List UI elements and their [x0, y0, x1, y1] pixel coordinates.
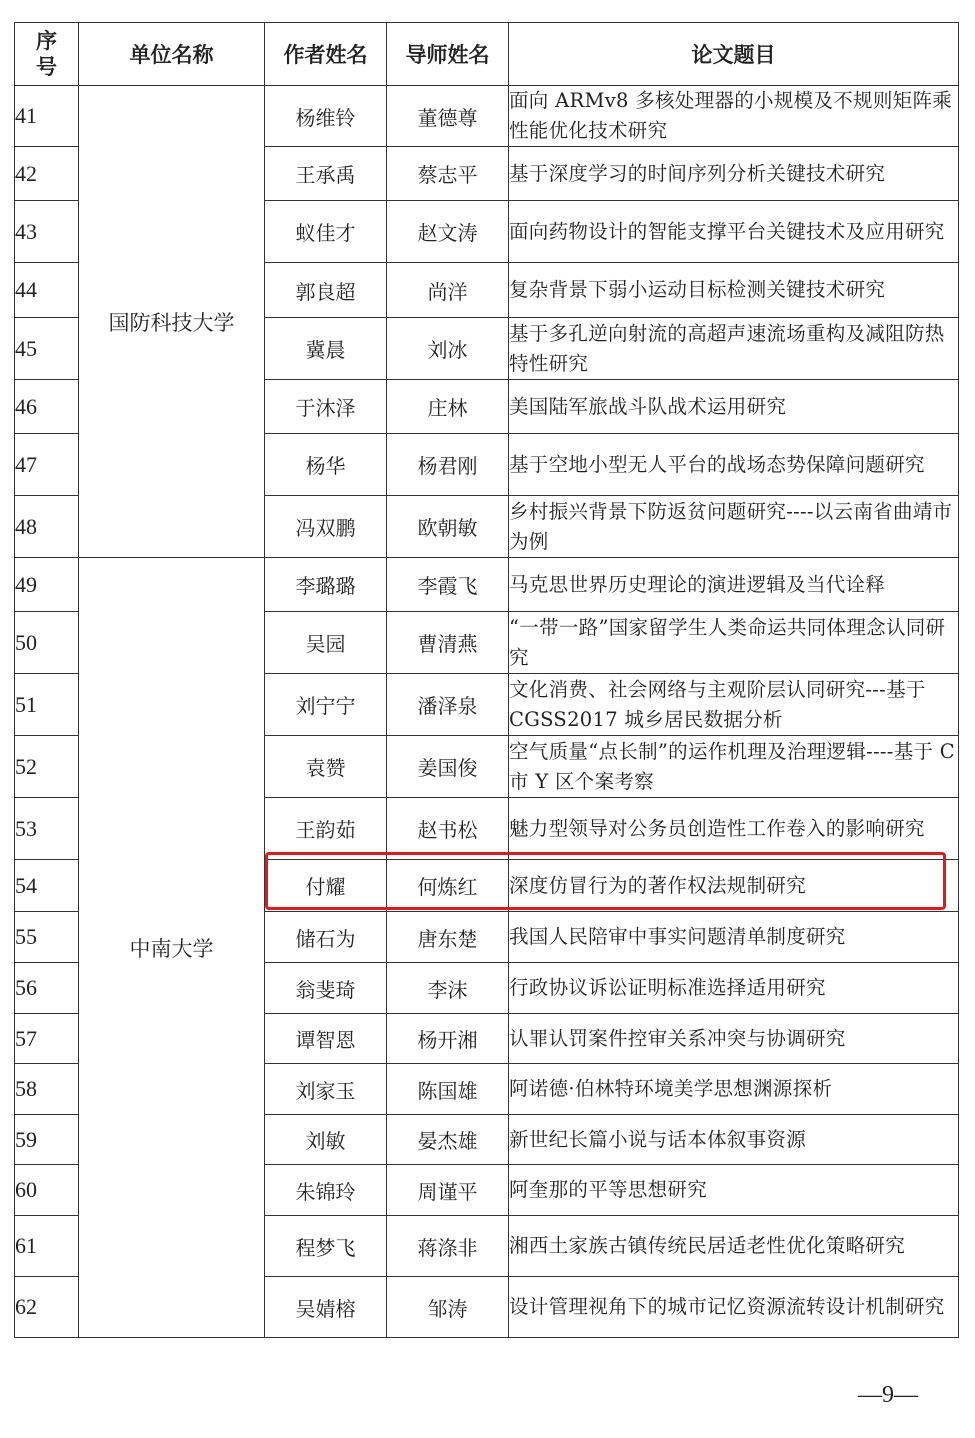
thesis-title: 乡村振兴背景下防返贫问题研究----以云南省曲靖市为例	[509, 496, 959, 558]
thesis-title: 认罪认罚案件控审关系冲突与协调研究	[509, 1014, 959, 1064]
advisor-name: 邹涛	[387, 1277, 509, 1338]
author-name: 朱锦玲	[265, 1165, 387, 1216]
row-seq: 41	[15, 86, 79, 147]
advisor-name: 唐东楚	[387, 912, 509, 963]
thesis-title: 阿奎那的平等思想研究	[509, 1165, 959, 1216]
row-seq: 57	[15, 1014, 79, 1064]
thesis-title: “一带一路”国家留学生人类命运共同体理念认同研究	[509, 612, 959, 674]
advisor-name: 李沫	[387, 963, 509, 1014]
thesis-title: 复杂背景下弱小运动目标检测关键技术研究	[509, 263, 959, 318]
thesis-title: 湘西土家族古镇传统民居适老性优化策略研究	[509, 1216, 959, 1277]
row-seq: 55	[15, 912, 79, 963]
advisor-name: 曹清燕	[387, 612, 509, 674]
advisor-name: 蔡志平	[387, 147, 509, 201]
advisor-name: 赵文涛	[387, 201, 509, 263]
thesis-title: 行政协议诉讼证明标准选择适用研究	[509, 963, 959, 1014]
row-seq: 50	[15, 612, 79, 674]
author-name: 刘宁宁	[265, 674, 387, 736]
advisor-name: 庄林	[387, 380, 509, 434]
advisor-name: 蒋涤非	[387, 1216, 509, 1277]
unit-name: 中南大学	[79, 558, 265, 1338]
advisor-name: 董德尊	[387, 86, 509, 147]
author-name: 程梦飞	[265, 1216, 387, 1277]
row-seq: 48	[15, 496, 79, 558]
thesis-title: 设计管理视角下的城市记忆资源流转设计机制研究	[509, 1277, 959, 1338]
thesis-title: 空气质量“点长制”的运作机理及治理逻辑----基于 C 市 Y 区个案考察	[509, 736, 959, 798]
advisor-name: 潘泽泉	[387, 674, 509, 736]
thesis-title: 魅力型领导对公务员创造性工作卷入的影响研究	[509, 798, 959, 860]
thesis-title: 深度仿冒行为的著作权法规制研究	[509, 860, 959, 912]
advisor-name: 何炼红	[387, 860, 509, 912]
advisor-name: 赵书松	[387, 798, 509, 860]
header-advisor: 导师姓名	[387, 23, 509, 86]
author-name: 冯双鹏	[265, 496, 387, 558]
row-seq: 45	[15, 318, 79, 380]
author-name: 王承禹	[265, 147, 387, 201]
author-name: 冀晨	[265, 318, 387, 380]
header-author: 作者姓名	[265, 23, 387, 86]
advisor-name: 陈国雄	[387, 1064, 509, 1115]
author-name: 杨维铃	[265, 86, 387, 147]
row-seq: 42	[15, 147, 79, 201]
header-unit: 单位名称	[79, 23, 265, 86]
author-name: 于沐泽	[265, 380, 387, 434]
author-name: 储石为	[265, 912, 387, 963]
thesis-title: 基于多孔逆向射流的高超声速流场重构及减阻防热特性研究	[509, 318, 959, 380]
row-seq: 61	[15, 1216, 79, 1277]
row-seq: 62	[15, 1277, 79, 1338]
thesis-title: 我国人民陪审中事实问题清单制度研究	[509, 912, 959, 963]
table-row: 41 国防科技大学 杨维铃 董德尊 面向 ARMv8 多核处理器的小规模及不规则…	[15, 86, 959, 147]
row-seq: 52	[15, 736, 79, 798]
row-seq: 58	[15, 1064, 79, 1115]
award-table: 序号 单位名称 作者姓名 导师姓名 论文题目 41 国防科技大学 杨维铃 董德尊…	[14, 22, 959, 1338]
thesis-title: 马克思世界历史理论的演进逻辑及当代诠释	[509, 558, 959, 612]
row-seq: 53	[15, 798, 79, 860]
author-name: 李璐璐	[265, 558, 387, 612]
row-seq: 44	[15, 263, 79, 318]
thesis-title: 基于空地小型无人平台的战场态势保障问题研究	[509, 434, 959, 496]
row-seq: 56	[15, 963, 79, 1014]
author-name: 吴园	[265, 612, 387, 674]
author-name: 翁斐琦	[265, 963, 387, 1014]
advisor-name: 刘冰	[387, 318, 509, 380]
row-seq: 46	[15, 380, 79, 434]
author-name: 刘敏	[265, 1115, 387, 1165]
advisor-name: 欧朝敏	[387, 496, 509, 558]
advisor-name: 尚洋	[387, 263, 509, 318]
row-seq: 60	[15, 1165, 79, 1216]
row-seq: 51	[15, 674, 79, 736]
author-name: 王韵茹	[265, 798, 387, 860]
unit-name: 国防科技大学	[79, 86, 265, 558]
thesis-title: 基于深度学习的时间序列分析关键技术研究	[509, 147, 959, 201]
header-title: 论文题目	[509, 23, 959, 86]
thesis-title: 面向药物设计的智能支撑平台关键技术及应用研究	[509, 201, 959, 263]
table-header-row: 序号 单位名称 作者姓名 导师姓名 论文题目	[15, 23, 959, 86]
author-name: 付耀	[265, 860, 387, 912]
row-seq: 43	[15, 201, 79, 263]
page-number: —9—	[858, 1382, 918, 1409]
advisor-name: 李霞飞	[387, 558, 509, 612]
advisor-name: 晏杰雄	[387, 1115, 509, 1165]
thesis-title: 阿诺德·伯林特环境美学思想渊源探析	[509, 1064, 959, 1115]
row-seq: 49	[15, 558, 79, 612]
row-seq: 54	[15, 860, 79, 912]
advisor-name: 姜国俊	[387, 736, 509, 798]
author-name: 袁赞	[265, 736, 387, 798]
advisor-name: 杨开湘	[387, 1014, 509, 1064]
author-name: 刘家玉	[265, 1064, 387, 1115]
row-seq: 47	[15, 434, 79, 496]
author-name: 郭良超	[265, 263, 387, 318]
thesis-title: 新世纪长篇小说与话本体叙事资源	[509, 1115, 959, 1165]
author-name: 吴婧榕	[265, 1277, 387, 1338]
advisor-name: 周谨平	[387, 1165, 509, 1216]
author-name: 杨华	[265, 434, 387, 496]
header-seq: 序号	[15, 23, 79, 86]
advisor-name: 杨君刚	[387, 434, 509, 496]
author-name: 谭智恩	[265, 1014, 387, 1064]
row-seq: 59	[15, 1115, 79, 1165]
author-name: 蚁佳才	[265, 201, 387, 263]
thesis-title: 文化消费、社会网络与主观阶层认同研究---基于 CGSS2017 城乡居民数据分…	[509, 674, 959, 736]
thesis-title: 面向 ARMv8 多核处理器的小规模及不规则矩阵乘性能优化技术研究	[509, 86, 959, 147]
table-row: 49 中南大学 李璐璐 李霞飞 马克思世界历史理论的演进逻辑及当代诠释	[15, 558, 959, 612]
thesis-title: 美国陆军旅战斗队战术运用研究	[509, 380, 959, 434]
